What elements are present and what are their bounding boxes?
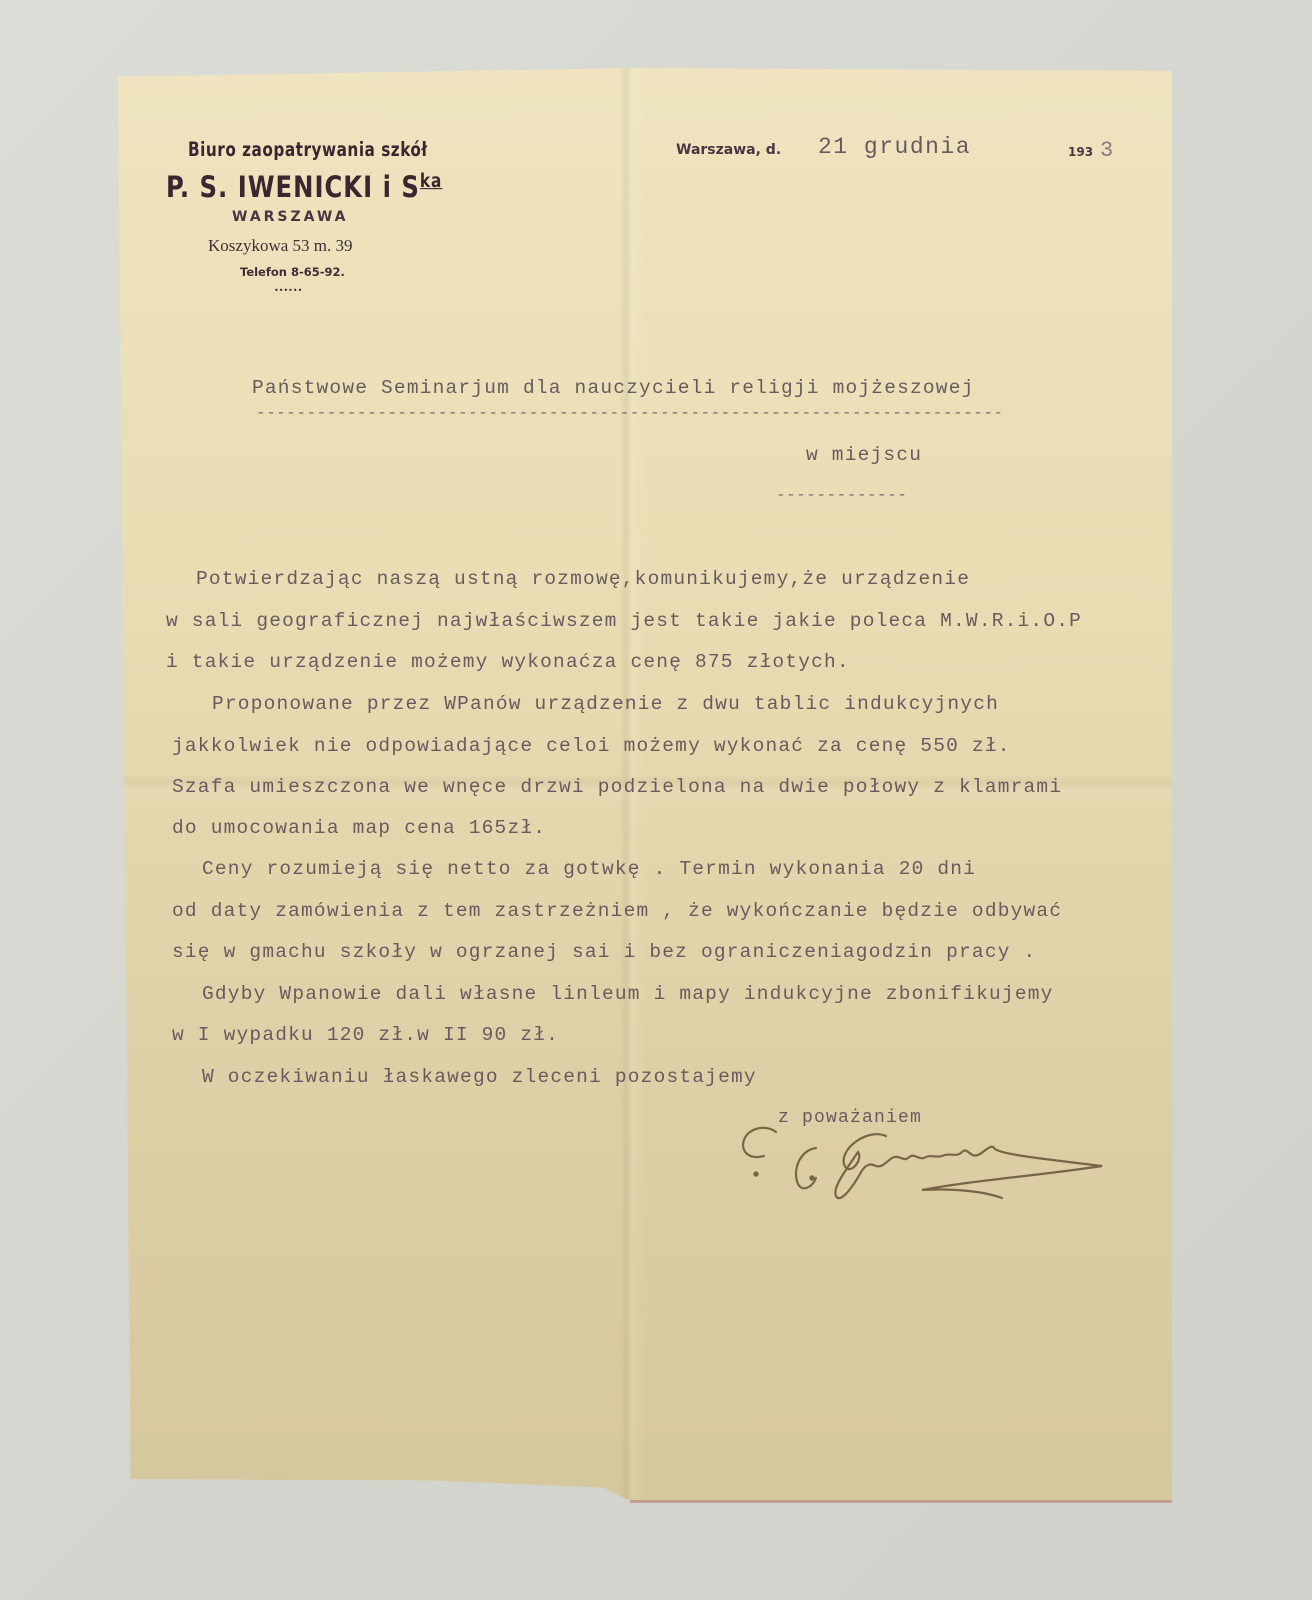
body-line: jakkolwiek nie odpowiadające celoi możem…: [172, 735, 1011, 757]
body-line: Szafa umieszczona we wnęce drzwi podziel…: [172, 776, 1062, 798]
letterhead-city: WARSZAWA: [232, 209, 349, 225]
dateline-city: Warszawa, d.: [676, 142, 781, 158]
letterhead-ornament: ••••••: [274, 286, 302, 295]
company-suffix: ka: [420, 170, 443, 192]
letterhead-address: Koszykowa 53 m. 39: [208, 236, 352, 256]
letterhead-phone: Telefon 8-65-92.: [240, 265, 345, 279]
body-line: w sali geograficznej najwłaściwszem jest…: [166, 610, 1082, 632]
signature-icon: [736, 1118, 1116, 1208]
body-line: Ceny rozumieją się netto za gotwkę . Ter…: [202, 858, 976, 880]
letterhead-company: P. S. IWENICKI i Ska: [166, 170, 442, 204]
recipient-name: Państwowe Seminarjum dla nauczycieli rel…: [252, 377, 975, 399]
body-line: Gdyby Wpanowie dali własne linleum i map…: [202, 983, 1054, 1005]
body-line: W oczekiwaniu łaskawego zleceni pozostaj…: [202, 1066, 757, 1088]
recipient-location-underline: -------------: [776, 486, 976, 504]
body-line: do umocowania map cena 165zł.: [172, 817, 546, 839]
company-name: P. S. IWENICKI i S: [166, 170, 420, 204]
recipient-location: w miejscu: [806, 444, 922, 466]
body-line: Proponowane przez WPanów urządzenie z dw…: [212, 693, 999, 715]
dateline-year-typed: 3: [1100, 138, 1114, 163]
body-line: i takie urządzenie możemy wykonaćza cenę…: [166, 651, 850, 673]
body-line: się w gmachu szkoły w ogrzanej sai i bez…: [172, 941, 1036, 963]
body-line: w I wypadku 120 zł.w II 90 zł.: [172, 1024, 559, 1046]
letterhead-office-name: Biuro zaopatrywania szkół: [188, 139, 428, 162]
body-line: Potwierdzając naszą ustną rozmowę,komuni…: [196, 568, 970, 590]
dateline-year-printed: 193: [1068, 145, 1093, 159]
recipient-underline: ----------------------------------------…: [256, 404, 1090, 422]
paper-bottom-edge: [630, 1500, 1172, 1503]
dateline-typed-date: 21 grudnia: [818, 134, 971, 160]
body-line: od daty zamówienia z tem zastrzeżniem , …: [172, 900, 1062, 922]
